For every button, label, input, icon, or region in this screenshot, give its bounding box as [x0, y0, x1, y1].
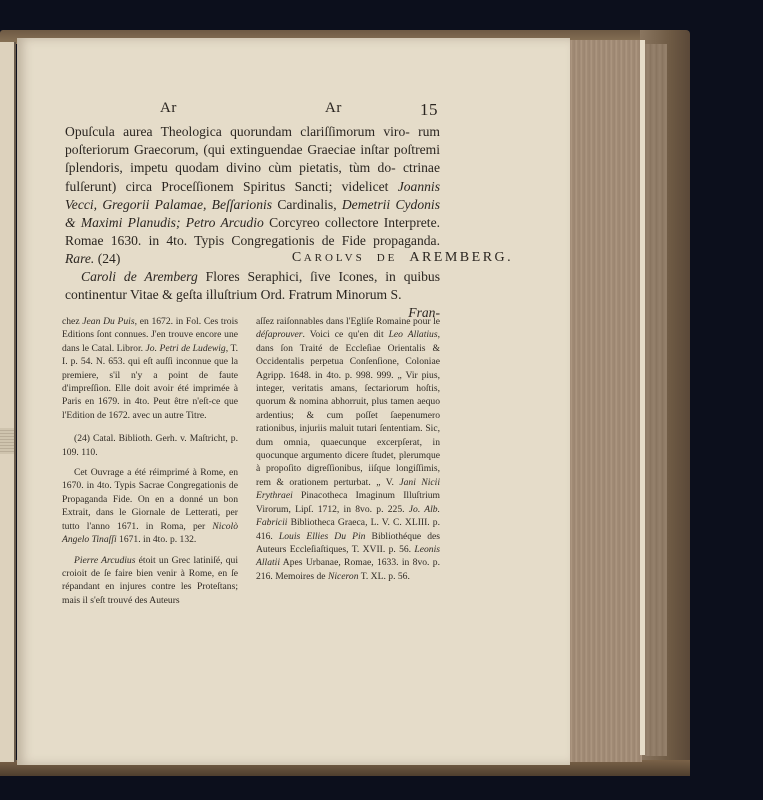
- note-text: , dans ſon Traité de Eccleſiae Orientali…: [256, 329, 440, 487]
- note-italic: Jo. Petri de Ludewig: [146, 343, 226, 354]
- heading-initial: C: [292, 250, 304, 265]
- entry-line: Opuſcula aurea Theologica quorundam clar…: [65, 124, 410, 139]
- note-italic: Pierre Arcudius: [74, 555, 135, 566]
- note-italic: Niceron: [328, 571, 359, 582]
- note-italic: Jean Du Puis: [82, 316, 134, 327]
- handwritten-annotation: [62, 423, 238, 432]
- continued-entry: Opuſcula aurea Theologica quorundam clar…: [65, 123, 440, 269]
- cover-board-edge: [645, 44, 667, 756]
- entry-author: Caroli de Aremberg: [81, 269, 198, 284]
- heading-particle: DE: [377, 252, 398, 264]
- heading-name: AREMBERG.: [409, 250, 513, 265]
- note-italic: Leo Allatius: [389, 329, 438, 340]
- page-block-fore-edge: [568, 40, 642, 762]
- heading-smallcaps: AROLVS: [304, 252, 365, 264]
- footnote-column-left: chez Jean Du Puis, en 1672. in Fol. Ces …: [62, 315, 238, 607]
- note-text: T. XL. p. 56.: [359, 571, 410, 582]
- note-text: , T. I. p. 54. N. 653. qui eſt auſſi inc…: [62, 343, 238, 421]
- note-text: aſſez raiſonnables dans l'Egliſe Romaine…: [256, 316, 440, 327]
- entry-heading: CAROLVS DE AREMBERG.: [0, 250, 763, 266]
- note-italic: Louis Ellies Du Pin: [279, 531, 366, 542]
- note-text: chez: [62, 316, 82, 327]
- note-text: 1671. in 4to. p. 132.: [117, 534, 197, 545]
- note-text: . Voici ce qu'en dit: [303, 329, 389, 340]
- note-italic: déſaprouver: [256, 329, 303, 340]
- running-head-left: Ar: [160, 100, 177, 117]
- footnote-column-right: aſſez raiſonnables dans l'Egliſe Romaine…: [256, 315, 440, 583]
- running-head-center: Ar: [325, 100, 342, 117]
- footnote-24: (24) Catal. Biblioth. Gerh. v. Maſtricht…: [62, 432, 238, 459]
- page-number: 15: [420, 100, 438, 120]
- entry-text: Cardinalis,: [272, 197, 342, 212]
- facing-page-annotation: [0, 428, 14, 454]
- facing-page-edge: [0, 42, 16, 762]
